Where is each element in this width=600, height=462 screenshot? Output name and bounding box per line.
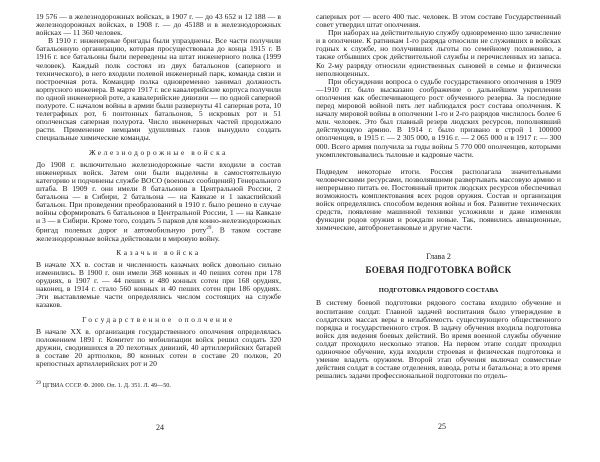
paragraph-training: В систему боевой подготовки рядового сос… [316,299,561,380]
right-page: саперных рот — всего 400 тыс. человек. В… [300,0,600,462]
paragraph-engineer-brigades: В 1910 г. инженерные бригады были упразд… [36,37,281,142]
footnote-number: 29 [36,381,41,386]
chapter-title: БОЕВАЯ ПОДГОТОВКА ВОЙСК [316,265,561,275]
footnote-text: ЦГВИА СССР. Ф. 2000. Оп. 1. Д. 351. Л. 4… [43,382,171,389]
paragraph-recruitment: При наборах на действительную службу одн… [316,29,561,78]
paragraph-cossack: В начале XX в. состав и численность каза… [36,261,281,310]
subsection-heading: ПОДГОТОВКА РЯДОВОГО СОСТАВА [316,287,561,294]
section-heading-railway: Железнодорожные войска [36,148,281,157]
paragraph-summary: Подведем некоторые итоги. Россия распола… [316,168,561,233]
chapter-label: Глава 2 [316,252,561,262]
left-page: 19 576 — в железнодорожных войсках, в 19… [0,0,300,462]
paragraph-railway: До 1908 г. включительно железнодорожные … [36,161,281,243]
page-number-left: 24 [156,423,164,432]
page-number-right: 25 [438,422,446,431]
paragraph-militia: В начале XX в. организация государственн… [36,328,281,368]
left-page-column: 19 576 — в железнодорожных войсках, в 19… [36,13,281,390]
section-heading-militia: Государственное ополчение [36,315,281,324]
footnote: 29 ЦГВИА СССР. Ф. 2000. Оп. 1. Д. 351. Л… [36,380,281,390]
right-page-column: саперных рот — всего 400 тыс. человек. В… [316,13,561,380]
paragraph-militia-discussion: При обсуждении вопроса о судьбе государс… [316,78,561,159]
paragraph-continued: 19 576 — в железнодорожных войсках, в 19… [36,13,281,37]
paragraph-continued: саперных рот — всего 400 тыс. человек. В… [316,13,561,29]
railway-text: До 1908 г. включительно железнодорожные … [36,160,281,235]
section-heading-cossack: Казачьи войска [36,248,281,257]
